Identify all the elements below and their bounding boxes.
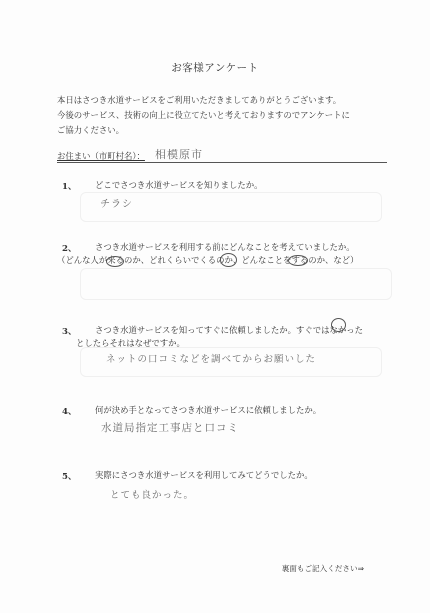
question-3-number: 3、 (62, 325, 77, 337)
intro-line-1: 本日はさつき水道サービスをご利用いただきましてありがとうございます。 (57, 93, 387, 108)
question-4-answer: 水道局指定工事店と口コミ (101, 420, 239, 435)
residence-label: お住まい（市町村名）： (57, 150, 145, 162)
question-1-number: 1、 (62, 180, 77, 192)
handwritten-circle-mark (288, 255, 308, 266)
residence-field: お住まい（市町村名）： 相模原市 (57, 148, 387, 163)
question-4-number: 4、 (62, 405, 77, 417)
answer-area-2 (80, 268, 392, 300)
survey-page: お客様アンケート 本日はさつき水道サービスをご利用いただきましてありがとうござい… (0, 0, 430, 613)
handwritten-circle-mark (220, 253, 237, 267)
question-5-text: 実際にさつき水道サービスを利用してみてどうでしたか。 (95, 469, 313, 481)
question-3-answer: ネットの口コミなどを調べてからお願いした (106, 351, 316, 365)
question-3-text-line-1: さつき水道サービスを知ってすぐに依頼しましたか。すぐではなかった (95, 324, 363, 336)
question-1-text: どこでさつき水道サービスを知りましたか。 (95, 179, 263, 191)
intro-line-3: ご協力ください。 (57, 123, 387, 138)
question-3-text-line-2: としたらそれはなぜですか。 (76, 337, 185, 349)
question-1-answer: チラシ (100, 195, 133, 210)
intro-line-2: 今後のサービス、技術の向上に役立てたいと考えておりますのでアンケートに (57, 108, 387, 123)
question-2-number: 2、 (62, 242, 77, 254)
handwritten-circle-mark (106, 256, 124, 267)
residence-value: 相模原市 (155, 146, 203, 162)
question-2-text-line-1: さつき水道サービスを利用する前にどんなことを考えていましたか。 (95, 241, 355, 253)
document-title: お客様アンケート (0, 60, 430, 75)
question-5-number: 5、 (62, 470, 77, 482)
intro-text: 本日はさつき水道サービスをご利用いただきましてありがとうございます。 今後のサー… (57, 93, 387, 138)
footer-note: 裏面もご記入ください⇒ (282, 563, 364, 574)
question-2-text-line-2: （どんな人が来るのか、どれくらいでくるのか、どんなことをするのか、など） (57, 254, 359, 266)
handwritten-circle-mark (331, 318, 346, 332)
question-4-text: 何が決め手となってさつき水道サービスに依頼しましたか。 (95, 404, 321, 416)
question-5-answer: とても良かった。 (110, 487, 194, 501)
